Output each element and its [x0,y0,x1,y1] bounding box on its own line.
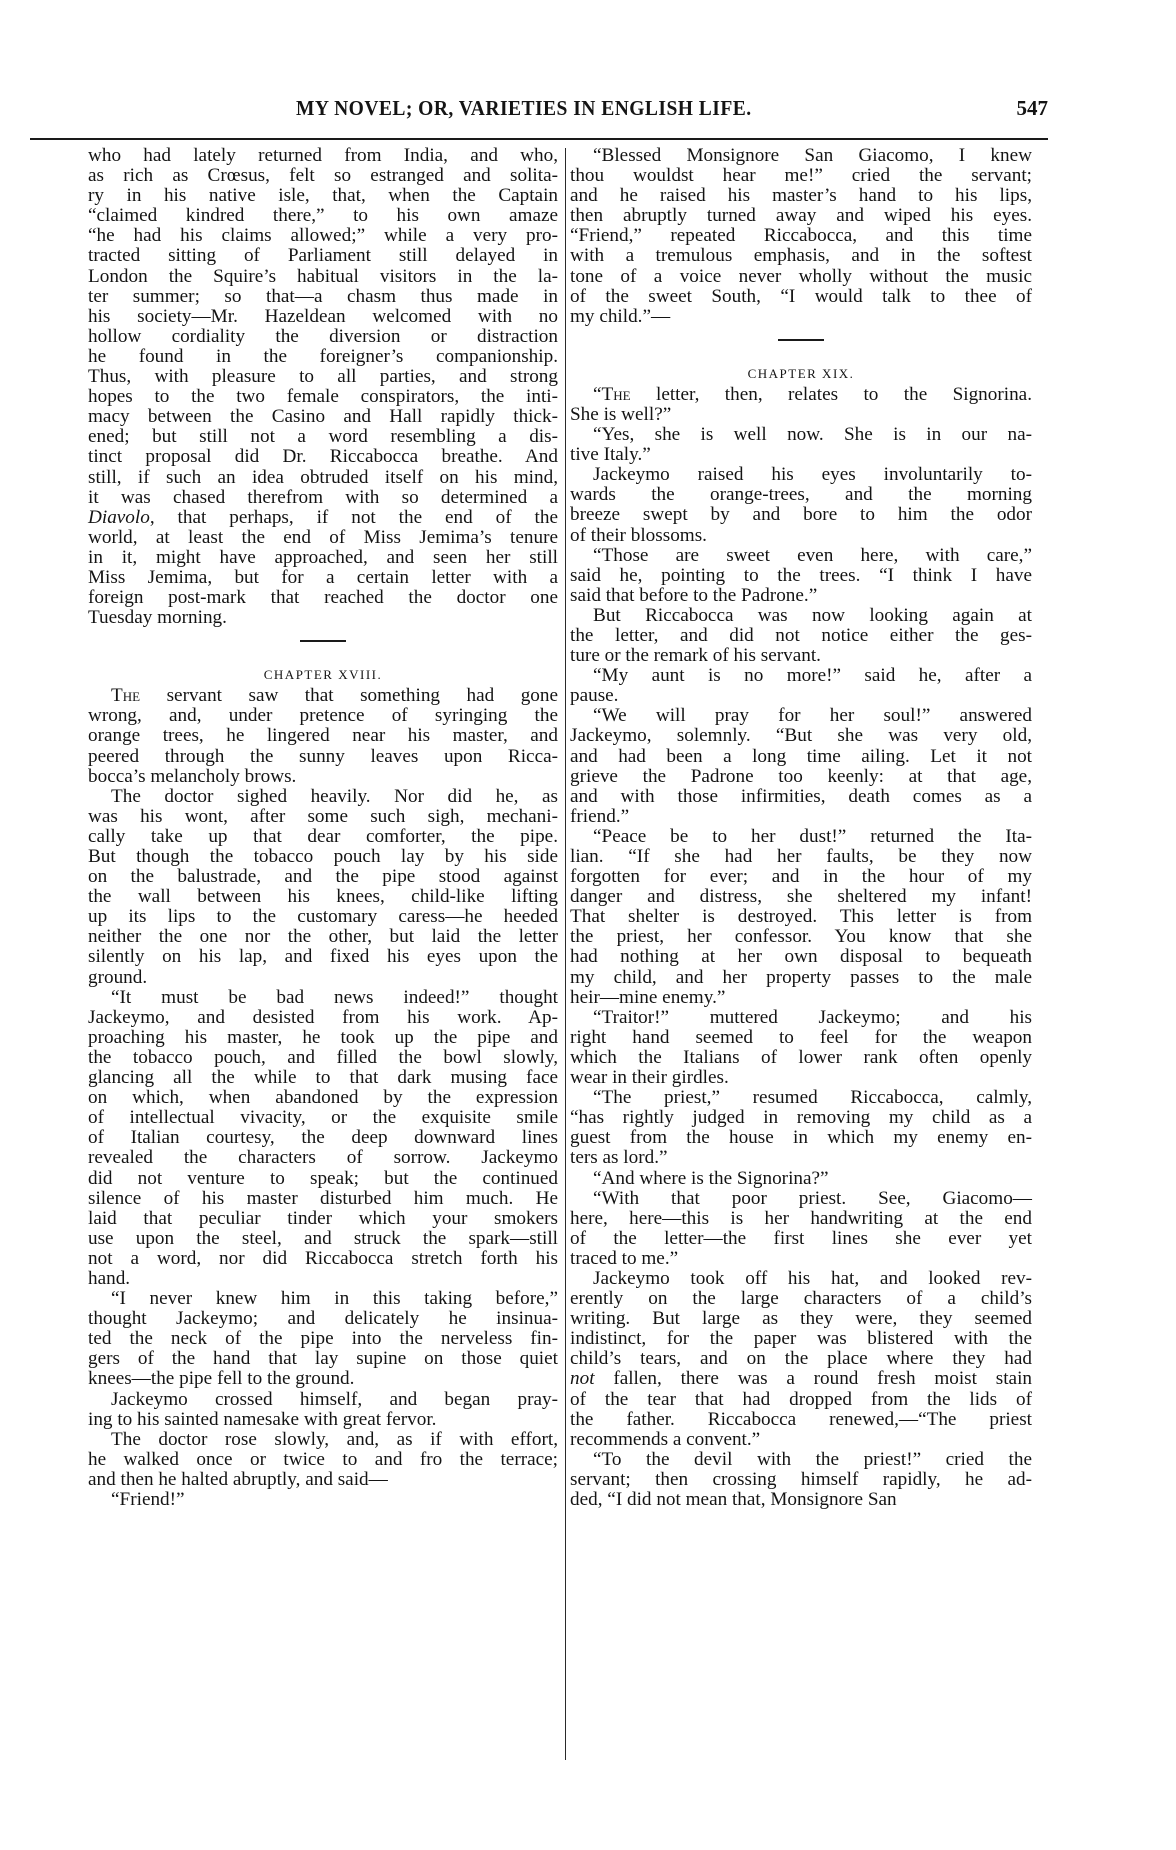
text-line: indistinct, for the paper was blistered … [570,1329,1032,1349]
text-line: erently on the large characters of a chi… [570,1289,1032,1309]
text-line: of intellectual vivacity, or the exquisi… [88,1108,558,1128]
paragraph: “I never knew him in this taking before,… [88,1289,558,1389]
text-line: “Traitor!” muttered Jackeymo; and his [570,1008,1032,1028]
text-line: had nothing at her own disposal to beque… [570,947,1032,967]
paragraph: “Friend!” [88,1490,558,1510]
text-line: But though the tobacco pouch lay by his … [88,847,558,867]
page-number: 547 [1017,96,1049,121]
section-separator [778,339,824,341]
text-line: and had been a long time ailing. Let it … [570,747,1032,767]
text-line: ry in his native isle, that, when the Ca… [88,186,558,206]
text-line: world, at least the end of Miss Jemima’s… [88,528,558,548]
text-line: “has rightly judged in removing my child… [570,1108,1032,1128]
column-divider [565,148,566,1760]
header-rule [30,138,1048,140]
section-separator [300,640,346,642]
text-line: “I never knew him in this taking before,… [88,1289,558,1309]
left-column: who had lately returned from India, and … [88,146,558,1510]
text-line: bocca’s melancholy brows. [88,767,558,787]
text-line: right hand seemed to feel for the weapon [570,1028,1032,1048]
text-line: “Yes, she is well now. She is in our na- [570,425,1032,445]
text-line: breeze swept by and bore to him the odor [570,505,1032,525]
paragraph: “And where is the Signorina?” [570,1169,1032,1189]
paragraph: “To the devil with the priest!” cried th… [570,1450,1032,1510]
text-line: recommends a convent.” [570,1430,1032,1450]
paragraph: But Riccabocca was now looking again att… [570,606,1032,666]
paragraph: “My aunt is no more!” said he, after apa… [570,666,1032,706]
text-line: “Blessed Monsignore San Giacomo, I knew [570,146,1032,166]
text-line: orange trees, he lingered near his maste… [88,726,558,746]
running-header: MY NOVEL; OR, VARIETIES IN ENGLISH LIFE.… [84,96,1048,136]
chapter-heading-xviii: CHAPTER XVIII. [88,664,558,686]
text-line: “We will pray for her soul!” answered [570,706,1032,726]
paragraph: “With that poor priest. See, Giacomo—her… [570,1189,1032,1269]
paragraph: who had lately returned from India, and … [88,146,558,628]
text-line: silence of his master disturbed him much… [88,1189,558,1209]
text-line: tracted sitting of Parliament still dela… [88,246,558,266]
text-line: thou wouldst hear me!” cried the servant… [570,166,1032,186]
paragraph: “It must be bad news indeed!” thoughtJac… [88,988,558,1289]
text-line: did not venture to speak; but the contin… [88,1169,558,1189]
text-line: Jackeymo took off his hat, and looked re… [570,1269,1032,1289]
paragraph: “The priest,” resumed Riccabocca, calmly… [570,1088,1032,1168]
text-line: he walked once or twice to and fro the t… [88,1450,558,1470]
text-line: wards the orange-trees, and the morning [570,485,1032,505]
text-line: and with those infirmities, death comes … [570,787,1032,807]
text-line: That shelter is destroyed. This letter i… [570,907,1032,927]
text-line: “To the devil with the priest!” cried th… [570,1450,1032,1470]
text-line: my child, and her property passes to the… [570,968,1032,988]
paragraph: The doctor rose slowly, and, as if with … [88,1430,558,1490]
text-line: up its lips to the customary caress—he h… [88,907,558,927]
text-line: peered through the sunny leaves upon Ric… [88,747,558,767]
text-line: was his wont, after some such sigh, mech… [88,807,558,827]
text-line: laid that peculiar tinder which your smo… [88,1209,558,1229]
text-line: thought Jackeymo; and delicately he insi… [88,1309,558,1329]
chapter-opening-word: “The [593,384,631,405]
text-line: “The letter, then, relates to the Signor… [570,385,1032,405]
text-line: “With that poor priest. See, Giacomo— [570,1189,1032,1209]
text-line: The doctor rose slowly, and, as if with … [88,1430,558,1450]
text-line: and then he halted abruptly, and said— [88,1470,558,1490]
text-line: of the tear that had dropped from the li… [570,1390,1032,1410]
text-line: tone of a voice never wholly without the… [570,267,1032,287]
text-line: “claimed kindred there,” to his own amaz… [88,206,558,226]
text-line: ded, “I did not mean that, Monsignore Sa… [570,1490,1032,1510]
chapter-xviii-text: The servant saw that something had gonew… [88,686,558,1510]
text-line: the tobacco pouch, and filled the bowl s… [88,1048,558,1068]
text-line: in it, might have approached, and seen h… [88,548,558,568]
text-line: said he, pointing to the trees. “I think… [570,566,1032,586]
text-line: Jackeymo, solemnly. “But she was very ol… [570,726,1032,746]
text-line: Diavolo, that perhaps, if not the end of… [88,508,558,528]
text-line: not fallen, there was a round fresh mois… [570,1369,1032,1389]
text-line: of their blossoms. [570,526,1032,546]
text-line: not a word, nor did Riccabocca stretch f… [88,1249,558,1269]
paragraph: “We will pray for her soul!” answeredJac… [570,706,1032,827]
text-line: Miss Jemima, but for a certain letter wi… [88,568,558,588]
text-line: on which, when abandoned by the expressi… [88,1088,558,1108]
paragraph: Jackeymo raised his eyes involuntarily t… [570,465,1032,545]
text-line: Thus, with pleasure to all parties, and … [88,367,558,387]
text-line: he found in the foreigner’s companionshi… [88,347,558,367]
text-line: writing. But large as they were, they se… [570,1309,1032,1329]
text-line: proaching his master, he took up the pip… [88,1028,558,1048]
text-line: macy between the Casino and Hall rapidly… [88,407,558,427]
text-line: cally take up that dear comforter, the p… [88,827,558,847]
text-line: ted the neck of the pipe into the nervel… [88,1329,558,1349]
text-line: guest from the house in which my enemy e… [570,1128,1032,1148]
text-line: ened; but still not a word resembling a … [88,427,558,447]
paragraph: Jackeymo took off his hat, and looked re… [570,1269,1032,1450]
paragraph: “Traitor!” muttered Jackeymo; and hisrig… [570,1008,1032,1088]
text-line: and he raised his master’s hand to his l… [570,186,1032,206]
chapter-heading-xix: CHAPTER XIX. [570,363,1032,385]
text-line: ter summer; so that—a chasm thus made in [88,287,558,307]
text-line: with a tremulous emphasis, and in the so… [570,246,1032,266]
text-line: The servant saw that something had gone [88,686,558,706]
text-line: But Riccabocca was now looking again at [570,606,1032,626]
text-line: the priest, her confessor. You know that… [570,927,1032,947]
text-line: servant; then crossing himself rapidly, … [570,1470,1032,1490]
paragraph: “Yes, she is well now. She is in our na-… [570,425,1032,465]
text-line: here, here—this is her handwriting at th… [570,1209,1032,1229]
text-line: of the sweet South, “I would talk to the… [570,287,1032,307]
text-line: the letter, and did not notice either th… [570,626,1032,646]
text-line: it was chased therefrom with so determin… [88,488,558,508]
text-line: She is well?” [570,405,1032,425]
paragraph: “Those are sweet even here, with care,”s… [570,546,1032,606]
text-line: hopes to the two female conspirators, th… [88,387,558,407]
text-line: The doctor sighed heavily. Nor did he, a… [88,787,558,807]
right-intro-text: “Blessed Monsignore San Giacomo, I knewt… [570,146,1032,327]
text-line: knees—the pipe fell to the ground. [88,1369,558,1389]
text-line: “Those are sweet even here, with care,” [570,546,1032,566]
text-line: said that before to the Padrone.” [570,586,1032,606]
text-line: ture or the remark of his servant. [570,646,1032,666]
text-line: revealed the characters of sorrow. Jacke… [88,1148,558,1168]
text-line: hollow cordiality the diversion or distr… [88,327,558,347]
text-line: Jackeymo crossed himself, and began pray… [88,1390,558,1410]
text-line: then abruptly turned away and wiped his … [570,206,1032,226]
paragraph: The servant saw that something had gonew… [88,686,558,786]
text-line: lian. “If she had her faults, be they no… [570,847,1032,867]
text-line: gers of the hand that lay supine on thos… [88,1349,558,1369]
text-line: my child.”— [570,307,1032,327]
text-line: tive Italy.” [570,445,1032,465]
paragraph: “The letter, then, relates to the Signor… [570,385,1032,425]
paragraph: Jackeymo crossed himself, and began pray… [88,1390,558,1430]
text-line: “Friend,” repeated Riccabocca, and this … [570,226,1032,246]
paragraph: The doctor sighed heavily. Nor did he, a… [88,787,558,988]
text-line: use upon the steel, and struck the spark… [88,1229,558,1249]
text-line: friend.” [570,807,1032,827]
text-line: Tuesday morning. [88,608,558,628]
text-line: Jackeymo, and desisted from his work. Ap… [88,1008,558,1028]
text-line: heir—mine enemy.” [570,988,1032,1008]
text-line: child’s tears, and on the place where th… [570,1349,1032,1369]
text-line: on the balustrade, and the pipe stood ag… [88,867,558,887]
text-line: “My aunt is no more!” said he, after a [570,666,1032,686]
text-line: still, if such an idea obtruded itself o… [88,468,558,488]
text-line: as rich as Crœsus, felt so estranged and… [88,166,558,186]
text-line: “Peace be to her dust!” returned the Ita… [570,827,1032,847]
running-title: MY NOVEL; OR, VARIETIES IN ENGLISH LIFE. [296,96,752,121]
text-line: “he had his claims allowed;” while a ver… [88,226,558,246]
text-line: London the Squire’s habitual visitors in… [88,267,558,287]
text-line: the wall between his knees, child-like l… [88,887,558,907]
text-line: glancing all the while to that dark musi… [88,1068,558,1088]
text-line: tinct proposal did Dr. Riccabocca breath… [88,447,558,467]
text-line: wear in their girdles. [570,1068,1032,1088]
text-line: ground. [88,968,558,988]
text-line: “Friend!” [88,1490,558,1510]
text-line: “It must be bad news indeed!” thought [88,988,558,1008]
chapter-xix-text: “The letter, then, relates to the Signor… [570,385,1032,1510]
text-line: “The priest,” resumed Riccabocca, calmly… [570,1088,1032,1108]
text-line: his society—Mr. Hazeldean welcomed with … [88,307,558,327]
text-line: which the Italians of lower rank often o… [570,1048,1032,1068]
chapter-opening-word: The [111,685,140,706]
paragraph: “Blessed Monsignore San Giacomo, I knewt… [570,146,1032,327]
text-line: of the letter—the first lines she ever y… [570,1229,1032,1249]
text-line: “And where is the Signorina?” [570,1169,1032,1189]
text-line: foreign post-mark that reached the docto… [88,588,558,608]
paragraph: “Peace be to her dust!” returned the Ita… [570,827,1032,1008]
text-line: pause. [570,686,1032,706]
left-intro-text: who had lately returned from India, and … [88,146,558,628]
text-line: forgotten for ever; and in the hour of m… [570,867,1032,887]
text-line: silently on his lap, and fixed his eyes … [88,947,558,967]
text-line: traced to me.” [570,1249,1032,1269]
text-line: hand. [88,1269,558,1289]
text-line: Jackeymo raised his eyes involuntarily t… [570,465,1032,485]
text-line: the father. Riccabocca renewed,—“The pri… [570,1410,1032,1430]
text-line: ters as lord.” [570,1148,1032,1168]
text-line: who had lately returned from India, and … [88,146,558,166]
text-line: neither the one nor the other, but laid … [88,927,558,947]
text-line: wrong, and, under pretence of syringing … [88,706,558,726]
text-line: ing to his sainted namesake with great f… [88,1410,558,1430]
right-column: “Blessed Monsignore San Giacomo, I knewt… [570,146,1032,1510]
text-line: grieve the Padrone too keenly: at that a… [570,767,1032,787]
text-line: danger and distress, she sheltered my in… [570,887,1032,907]
text-line: of Italian courtesy, the deep downward l… [88,1128,558,1148]
